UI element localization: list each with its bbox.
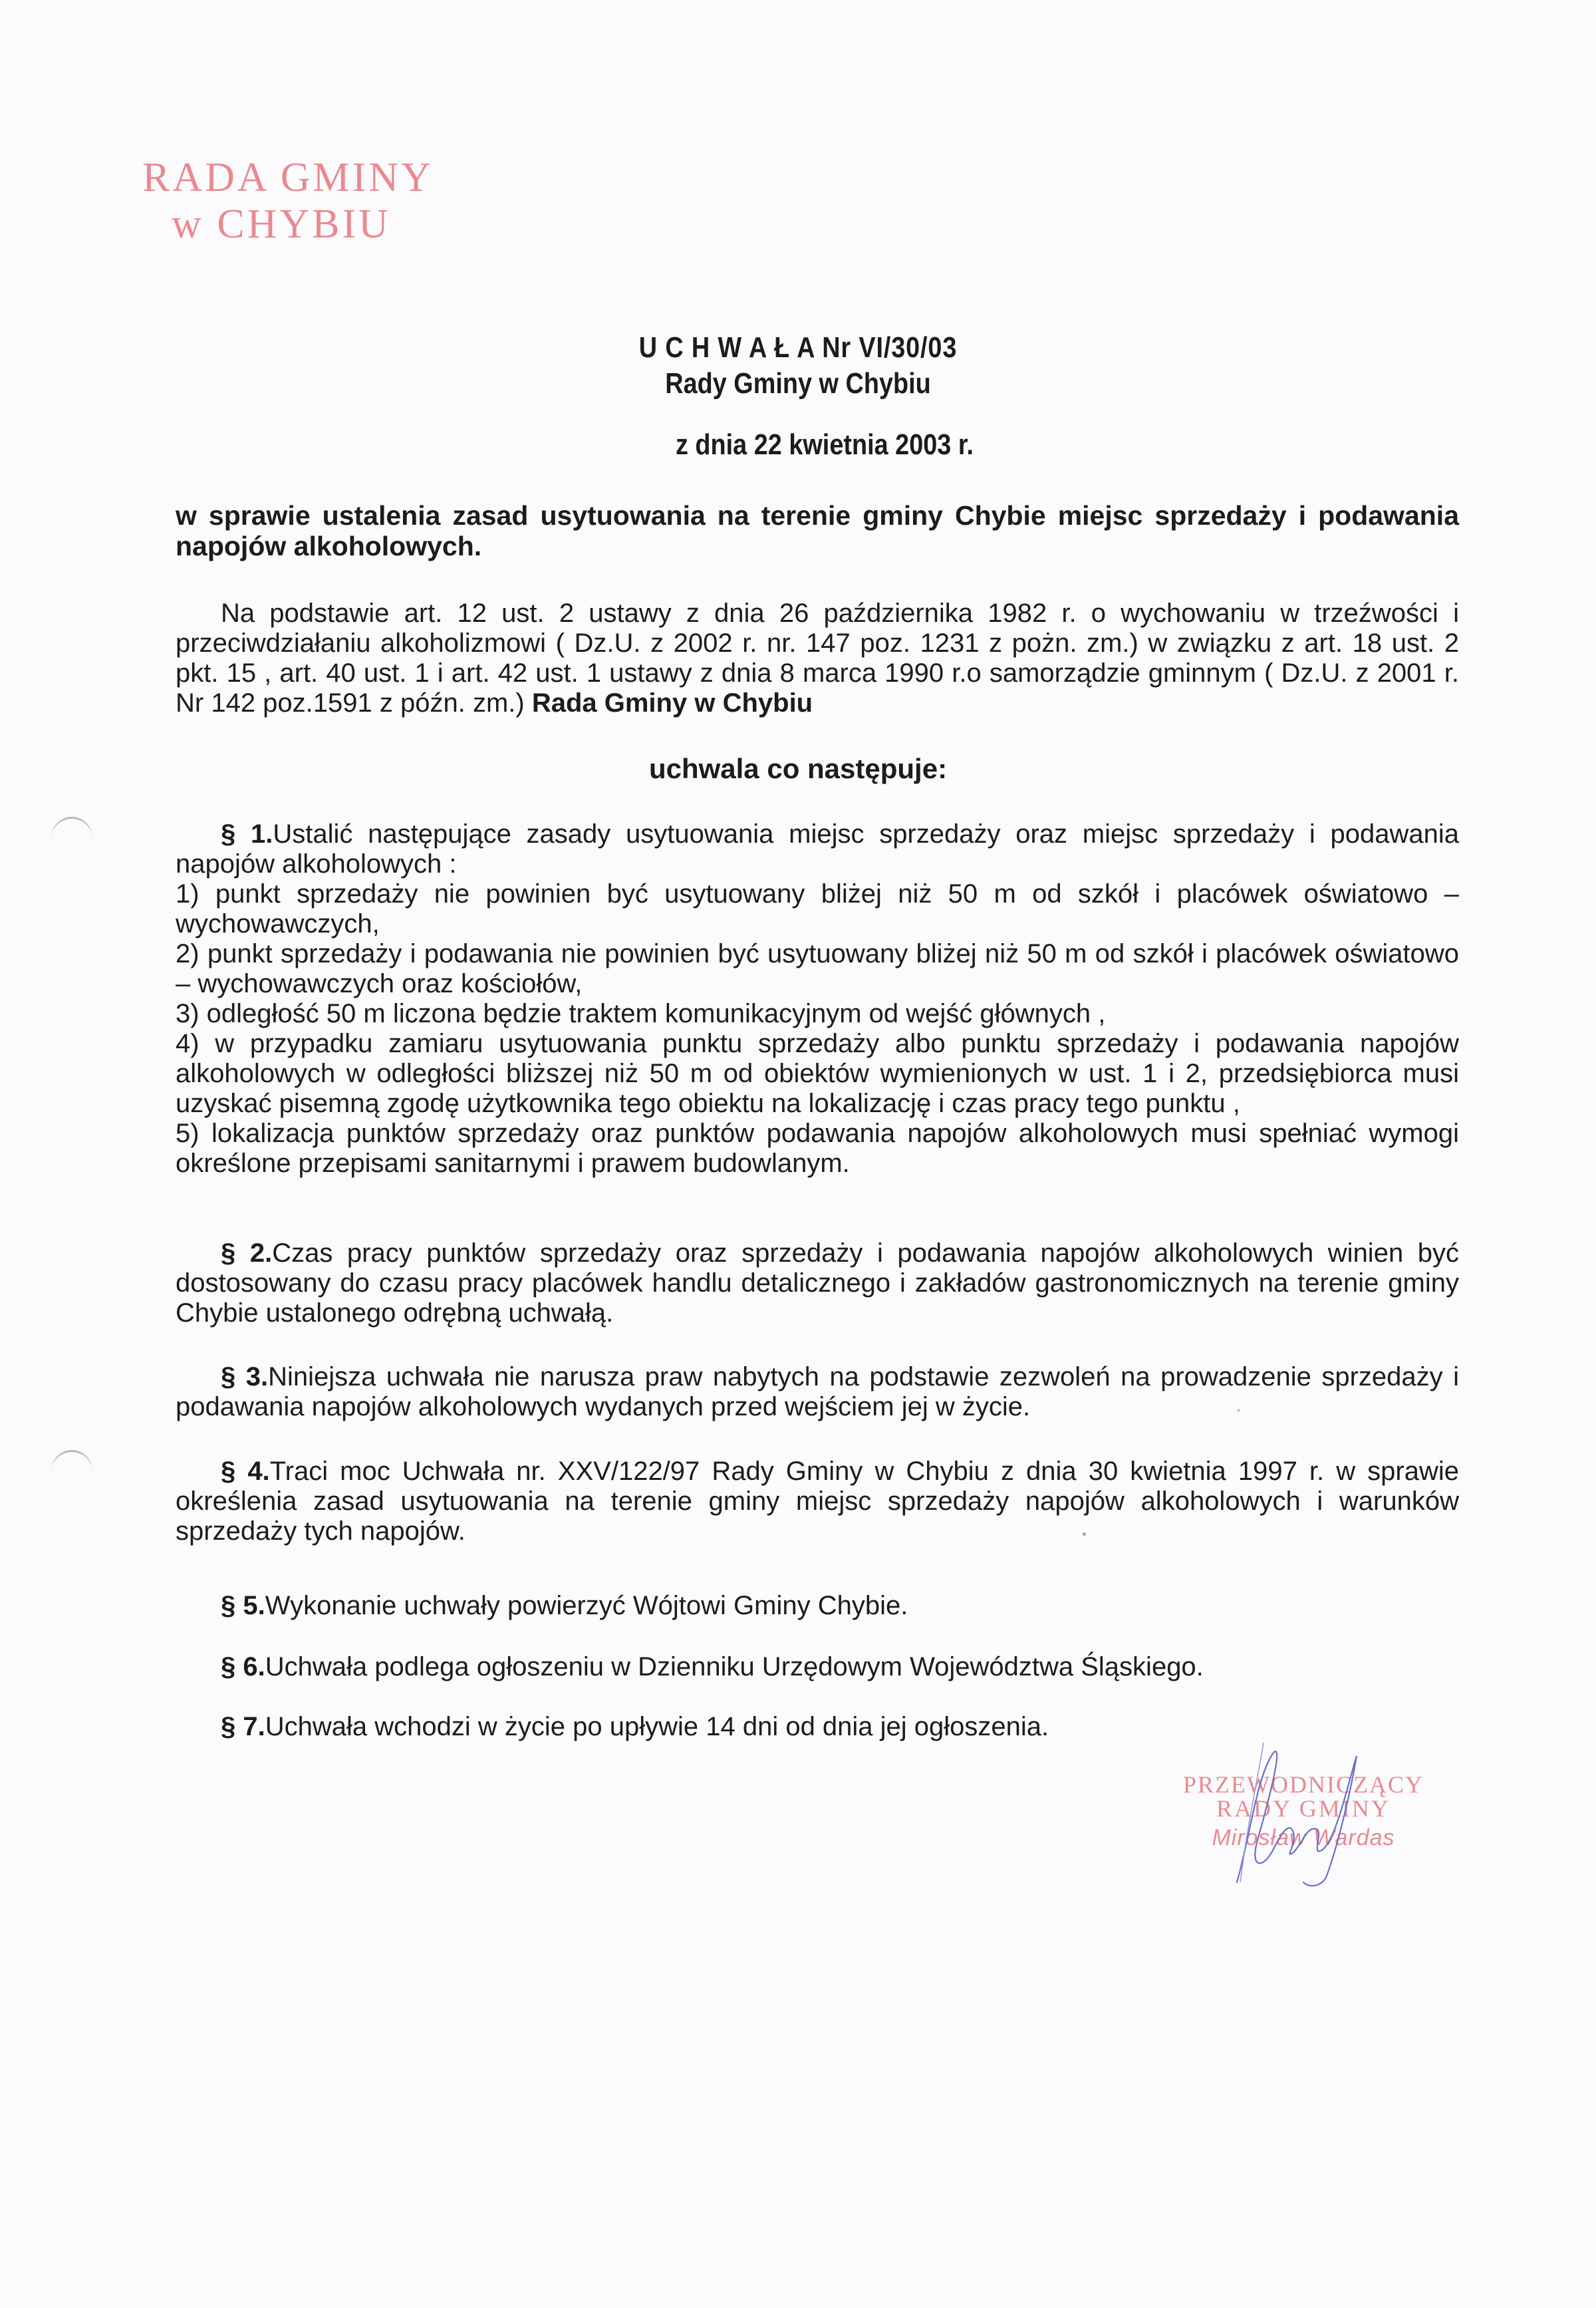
section-4-text: Traci moc Uchwała nr. XXV/122/97 Rady Gm…	[176, 1457, 1459, 1546]
section-5-text: Wykonanie uchwały powierzyć Wójtowi Gmin…	[265, 1591, 908, 1620]
council-stamp: RADA GMINY w CHYBIU	[142, 157, 434, 245]
scan-speck	[1237, 1409, 1240, 1412]
section-1-intro: § 1.Ustalić następujące zasady usytuowan…	[176, 819, 1459, 879]
resolution-number: U C H W A Ł A Nr VI/30/03	[112, 331, 1484, 364]
section-5: § 5.Wykonanie uchwały powierzyć Wójtowi …	[176, 1591, 1459, 1621]
section-2-text: Czas pracy punktów sprzedaży oraz sprzed…	[176, 1238, 1459, 1328]
resolution-date: z dnia 22 kwietnia 2003 r.	[138, 428, 1511, 462]
section-1-mark: § 1.	[221, 819, 273, 849]
section-1-item-5: 5) lokalizacja punktów sprzedaży oraz pu…	[176, 1119, 1459, 1179]
section-6: § 6.Uchwała podlega ogłoszeniu w Dzienni…	[176, 1652, 1459, 1682]
section-1-item-4: 4) w przypadku zamiaru usytuowania punkt…	[176, 1029, 1459, 1119]
legal-basis: Na podstawie art. 12 ust. 2 ustawy z dni…	[176, 599, 1459, 718]
section-6-paragraph: § 6.Uchwała podlega ogłoszeniu w Dzienni…	[176, 1652, 1459, 1682]
chairman-signature-block: PRZEWODNICZĄCY RADY GMINY Mirosław Warda…	[1157, 1716, 1463, 1889]
section-2-mark: § 2.	[221, 1238, 272, 1268]
document-page: RADA GMINY w CHYBIU U C H W A Ł A Nr VI/…	[0, 0, 1596, 2308]
legal-basis-paragraph: Na podstawie art. 12 ust. 2 ustawy z dni…	[176, 599, 1459, 718]
subject-text: w sprawie ustalenia zasad usytuowania na…	[176, 500, 1459, 561]
scan-speck	[1083, 1532, 1086, 1536]
legal-basis-text: Na podstawie art. 12 ust. 2 ustawy z dni…	[176, 599, 1459, 718]
section-3-mark: § 3.	[221, 1362, 268, 1391]
section-4-mark: § 4.	[221, 1457, 270, 1486]
section-3-paragraph: § 3.Niniejsza uchwała nie narusza praw n…	[176, 1362, 1459, 1422]
council-stamp-line1: RADA GMINY	[142, 155, 434, 200]
section-4-paragraph: § 4.Traci moc Uchwała nr. XXV/122/97 Rad…	[176, 1457, 1459, 1546]
section-5-paragraph: § 5.Wykonanie uchwały powierzyć Wójtowi …	[176, 1591, 1459, 1621]
legal-basis-issuer: Rada Gminy w Chybiu	[532, 688, 813, 718]
punch-hole-mark	[51, 817, 93, 840]
section-1: § 1.Ustalić następujące zasady usytuowan…	[176, 819, 1459, 1179]
resolves-heading: uchwala co następuje:	[0, 753, 1596, 785]
section-6-mark: § 6.	[221, 1652, 265, 1681]
council-stamp-line2: w CHYBIU	[172, 204, 434, 245]
resolution-issuer: Rady Gminy w Chybiu	[112, 367, 1484, 400]
section-4: § 4.Traci moc Uchwała nr. XXV/122/97 Rad…	[176, 1457, 1459, 1546]
section-1-intro-text: Ustalić następujące zasady usytuowania m…	[176, 819, 1459, 879]
section-2-paragraph: § 2.Czas pracy punktów sprzedaży oraz sp…	[176, 1238, 1459, 1328]
section-3: § 3.Niniejsza uchwała nie narusza praw n…	[176, 1362, 1459, 1422]
section-1-item-3: 3) odległość 50 m liczona będzie traktem…	[176, 999, 1459, 1029]
resolution-subject: w sprawie ustalenia zasad usytuowania na…	[176, 500, 1459, 561]
section-7-text: Uchwała wchodzi w życie po upływie 14 dn…	[265, 1712, 1049, 1741]
section-6-text: Uchwała podlega ogłoszeniu w Dzienniku U…	[265, 1652, 1204, 1681]
section-2: § 2.Czas pracy punktów sprzedaży oraz sp…	[176, 1238, 1459, 1328]
section-1-item-2: 2) punkt sprzedaży i podawania nie powin…	[176, 939, 1459, 999]
punch-hole-mark	[51, 1450, 93, 1473]
section-7-mark: § 7.	[221, 1712, 265, 1741]
section-5-mark: § 5.	[221, 1591, 265, 1620]
section-1-item-1: 1) punkt sprzedaży nie powinien być usyt…	[176, 879, 1459, 939]
section-3-text: Niniejsza uchwała nie narusza praw nabyt…	[176, 1362, 1459, 1421]
handwritten-signature-icon	[1157, 1716, 1463, 1889]
